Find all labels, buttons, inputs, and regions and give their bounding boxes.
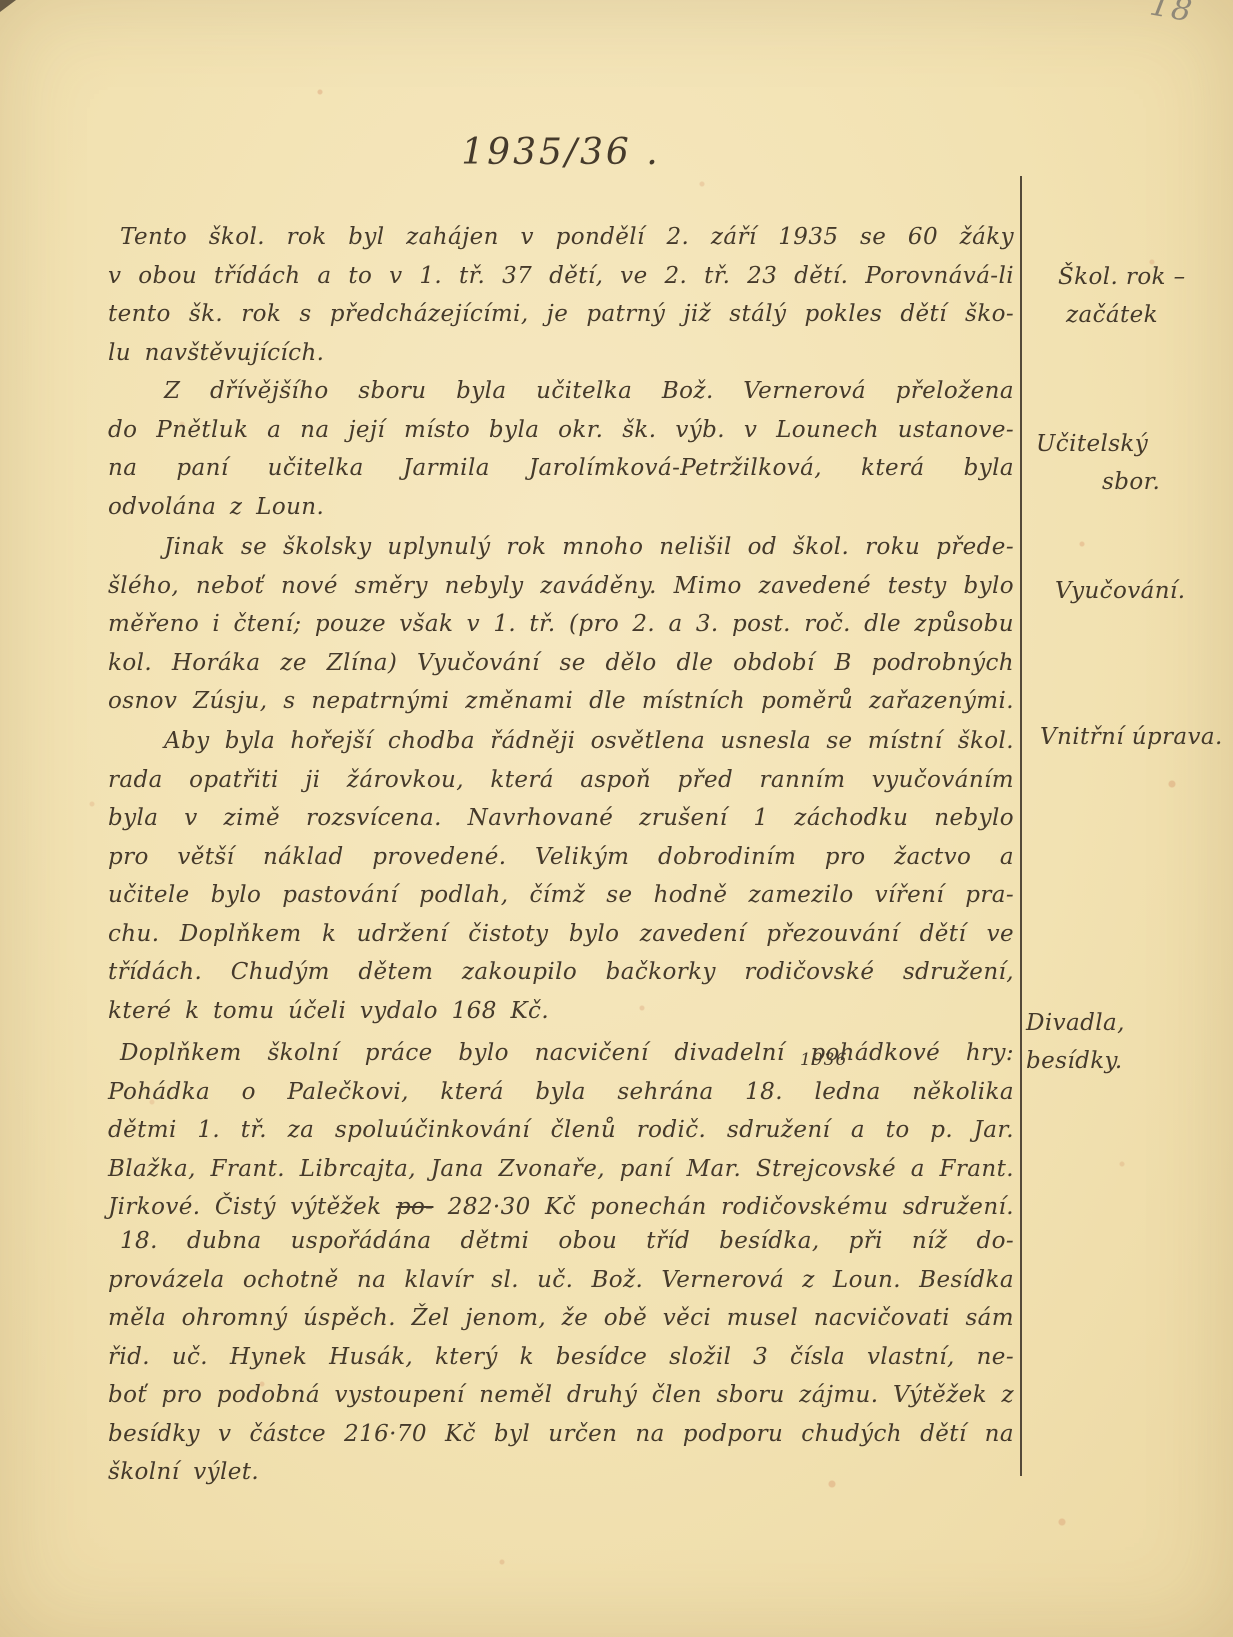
text-line: 18. dubna uspořádána dětmi obou tříd bes… — [108, 1222, 1014, 1261]
text-line: řid. uč. Hynek Husák, který k besídce sl… — [108, 1338, 1014, 1377]
margin-note-line: Vnitřní úprava. — [1040, 718, 1223, 756]
paragraph-theatre: Doplňkem školní práce bylo nacvičení div… — [108, 1034, 1014, 1227]
text-line: lu navštěvujících. — [108, 334, 1014, 373]
text-line: v obou třídách a to v 1. tř. 37 dětí, ve… — [108, 257, 1014, 296]
text-line: které k tomu účeli vydalo 168 Kč. — [108, 992, 1014, 1031]
text-line: kol. Horáka ze Zlína) Vyučování se dělo … — [108, 644, 1014, 683]
text-line: měřeno i čtení; pouze však v 1. tř. (pro… — [108, 605, 1014, 644]
text-line: školní výlet. — [108, 1453, 1014, 1492]
strikethrough-text: po- — [396, 1194, 434, 1220]
text-line: měla ohromný úspěch. Žel jenom, že obě v… — [108, 1299, 1014, 1338]
margin-note-line: Škol. rok – — [1058, 258, 1186, 296]
paragraph-school-year-start: Tento škol. rok byl zahájen v pondělí 2.… — [108, 218, 1014, 372]
text-line: dětmi 1. tř. za spoluúčinkování členů ro… — [108, 1111, 1014, 1150]
text-run: 282·30 Kč ponechán rodičovskému sdružení… — [433, 1194, 1014, 1220]
text-line: Pohádka o Palečkovi, která byla sehrána … — [108, 1073, 1014, 1112]
text-line: Blažka, Frant. Librcajta, Jana Zvonaře, … — [108, 1150, 1014, 1189]
superscript-year: 1936 — [800, 1050, 847, 1070]
text-line: učitele bylo pastování podlah, čímž se h… — [108, 876, 1014, 915]
text-line: Z dřívějšího sboru byla učitelka Bož. Ve… — [108, 372, 1014, 411]
text-line: Aby byla hořejší chodba řádněji osvětlen… — [108, 722, 1014, 761]
margin-rule — [1020, 176, 1022, 1476]
margin-note-line: začátek — [1066, 296, 1186, 334]
text-line: rada opatřiti ji žárovkou, která aspoň p… — [108, 761, 1014, 800]
margin-note-line: besídky. — [1026, 1042, 1125, 1080]
text-run: Jirkové. Čistý výtěžek — [108, 1194, 396, 1220]
text-line: na paní učitelka Jarmila Jarolímková-Pet… — [108, 449, 1014, 488]
margin-note-line: Vyučování. — [1055, 572, 1185, 610]
margin-note-theatre: Divadla, besídky. — [1026, 1004, 1125, 1080]
text-line: Doplňkem školní práce bylo nacvičení div… — [108, 1034, 1014, 1073]
text-line: Jinak se školsky uplynulý rok mnoho neli… — [108, 528, 1014, 567]
text-line: Jirkové. Čistý výtěžek po- 282·30 Kč pon… — [108, 1188, 1014, 1227]
margin-note-teaching-staff: Učitelský sbor. — [1036, 425, 1160, 501]
text-line: Tento škol. rok byl zahájen v pondělí 2.… — [108, 218, 1014, 257]
text-line: osnov Zúsju, s nepatrnými změnami dle mí… — [108, 682, 1014, 721]
chronicle-page: 18 1935/36 . Tento škol. rok byl zahájen… — [0, 0, 1233, 1637]
text-line: besídky v částce 216·70 Kč byl určen na … — [108, 1415, 1014, 1454]
scan-corner-artifact — [0, 0, 16, 12]
text-line: do Pnětluk a na její místo byla okr. šk.… — [108, 411, 1014, 450]
paragraph-school-party: 18. dubna uspořádána dětmi obou tříd bes… — [108, 1222, 1014, 1492]
margin-note-school-year: Škol. rok – začátek — [1058, 258, 1186, 334]
text-line: byla v zimě rozsvícena. Navrhované zruše… — [108, 799, 1014, 838]
margin-note-line: Učitelský — [1036, 425, 1160, 463]
margin-note-teaching: Vyučování. — [1055, 572, 1185, 610]
margin-note-interior: Vnitřní úprava. — [1040, 718, 1223, 756]
text-line: chu. Doplňkem k udržení čistoty bylo zav… — [108, 915, 1014, 954]
paragraph-teaching-staff: Z dřívějšího sboru byla učitelka Bož. Ve… — [108, 372, 1014, 526]
text-line: šlého, neboť nové směry nebyly zaváděny.… — [108, 567, 1014, 606]
margin-note-line: Divadla, — [1026, 1004, 1125, 1042]
text-line: provázela ochotně na klavír sl. uč. Bož.… — [108, 1261, 1014, 1300]
text-line: odvolána z Loun. — [108, 488, 1014, 527]
text-line: boť pro podobná vystoupení neměl druhý č… — [108, 1376, 1014, 1415]
text-line: třídách. Chudým dětem zakoupilo bačkorky… — [108, 953, 1014, 992]
page-title: 1935/36 . — [108, 132, 1014, 173]
page-number: 18 — [1147, 0, 1196, 29]
text-line: tento šk. rok s předcházejícími, je patr… — [108, 295, 1014, 334]
paragraph-interior: Aby byla hořejší chodba řádněji osvětlen… — [108, 722, 1014, 1030]
text-line: pro větší náklad provedené. Velikým dobr… — [108, 838, 1014, 877]
margin-note-line: sbor. — [1102, 463, 1160, 501]
paragraph-teaching: Jinak se školsky uplynulý rok mnoho neli… — [108, 528, 1014, 721]
